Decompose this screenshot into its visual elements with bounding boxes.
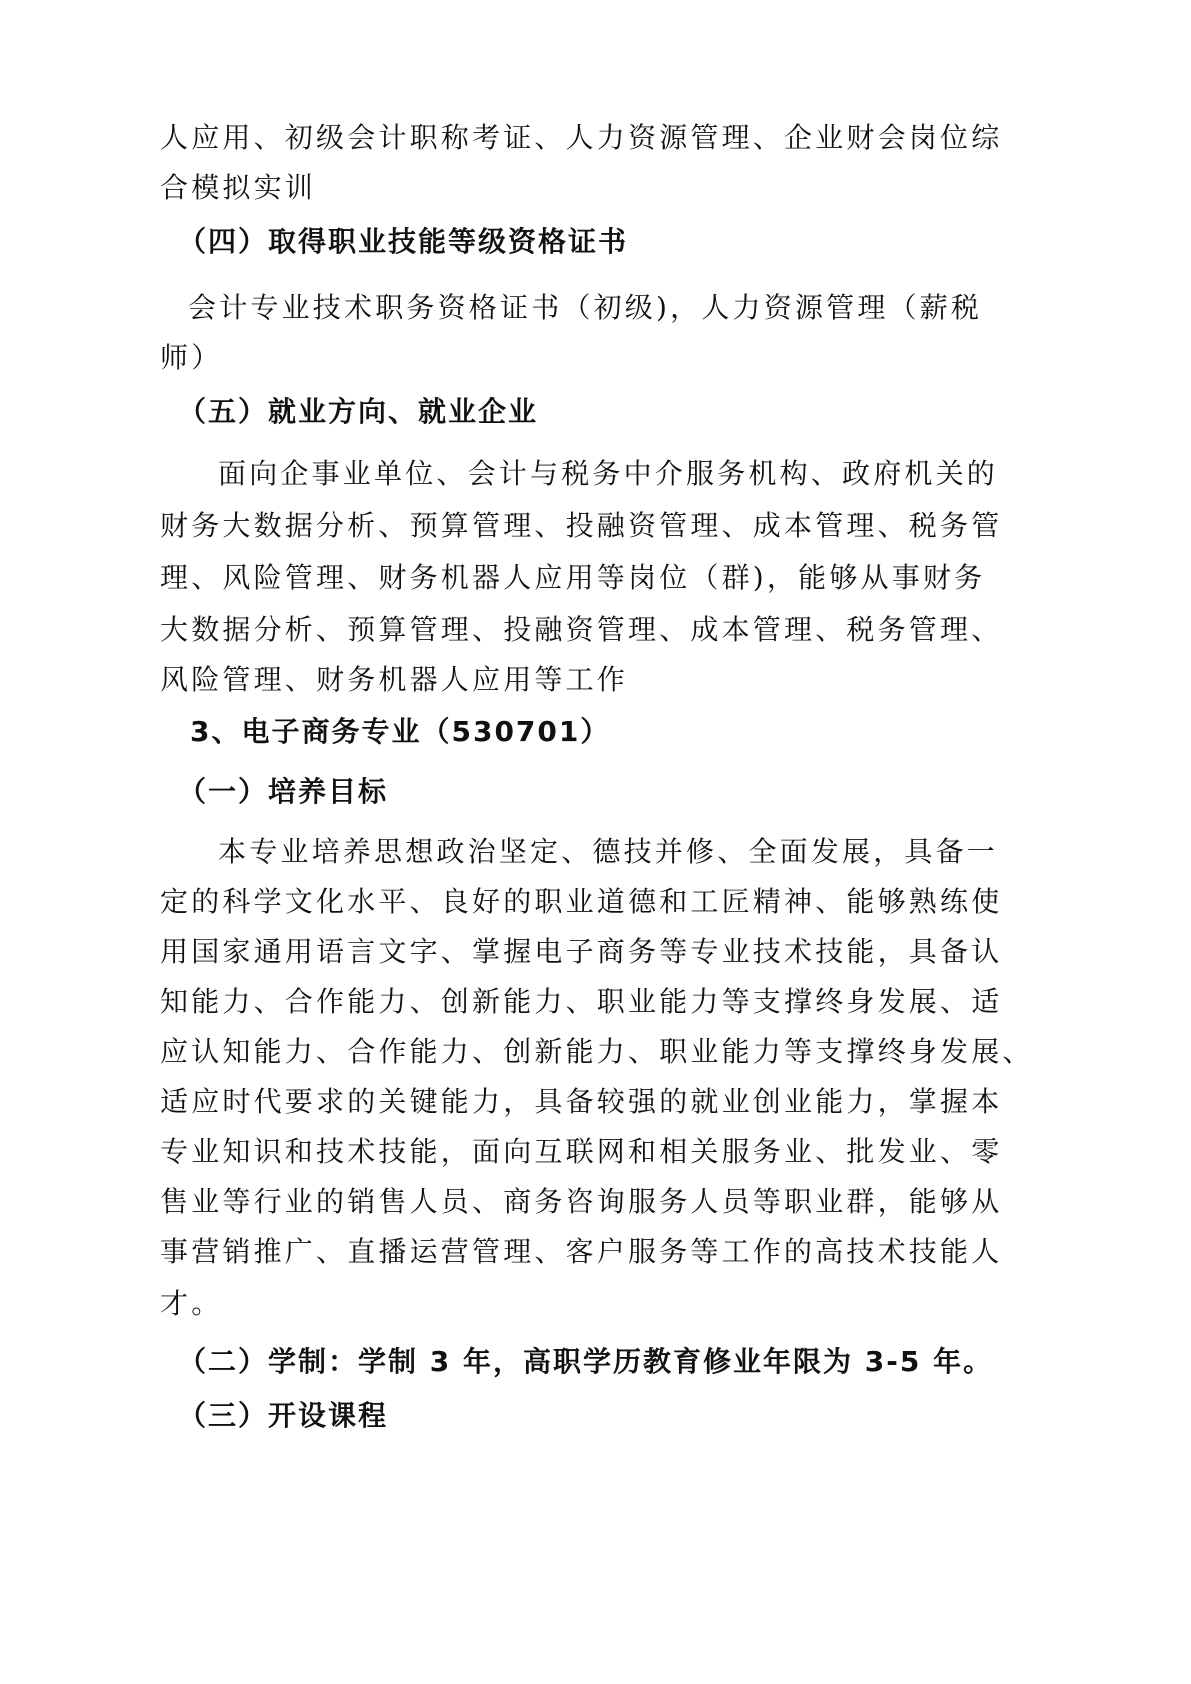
body-line: 本专业培养思想政治坚定、德技并修、全面发展，具备一 bbox=[218, 832, 1018, 872]
section-heading-goal: （一）培养目标 bbox=[178, 772, 978, 812]
body-line: 会计专业技术职务资格证书（初级)，人力资源管理（薪税 bbox=[188, 288, 988, 328]
document-page: 人应用、初级会计职称考证、人力资源管理、企业财会岗位综 合模拟实训 （四）取得职… bbox=[0, 0, 1191, 1684]
body-line: 财务大数据分析、预算管理、投融资管理、成本管理、税务管 bbox=[160, 506, 960, 546]
body-line: 理、风险管理、财务机器人应用等岗位（群)，能够从事财务 bbox=[160, 558, 960, 598]
body-line: 才。 bbox=[160, 1284, 960, 1324]
body-line: 面向企事业单位、会计与税务中介服务机构、政府机关的 bbox=[218, 454, 1018, 494]
section-heading-courses: （三）开设课程 bbox=[178, 1396, 978, 1436]
major-heading-ecommerce: 3、电子商务专业（530701） bbox=[190, 712, 990, 752]
section-heading-employment: （五）就业方向、就业企业 bbox=[178, 392, 978, 432]
body-line: 师） bbox=[160, 338, 960, 378]
body-line: 合模拟实训 bbox=[160, 168, 960, 208]
body-line: 人应用、初级会计职称考证、人力资源管理、企业财会岗位综 bbox=[160, 118, 960, 158]
body-line: 应认知能力、合作能力、创新能力、职业能力等支撑终身发展、 bbox=[160, 1032, 960, 1072]
body-line: 大数据分析、预算管理、投融资管理、成本管理、税务管理、 bbox=[160, 610, 960, 650]
body-line: 知能力、合作能力、创新能力、职业能力等支撑终身发展、适 bbox=[160, 982, 960, 1022]
section-heading-system: （二）学制：学制 3 年，高职学历教育修业年限为 3-5 年。 bbox=[178, 1342, 978, 1382]
body-line: 风险管理、财务机器人应用等工作 bbox=[160, 660, 960, 700]
body-line: 用国家通用语言文字、掌握电子商务等专业技术技能，具备认 bbox=[160, 932, 960, 972]
body-line: 售业等行业的销售人员、商务咨询服务人员等职业群，能够从 bbox=[160, 1182, 960, 1222]
body-line: 定的科学文化水平、良好的职业道德和工匠精神、能够熟练使 bbox=[160, 882, 960, 922]
body-line: 事营销推广、直播运营管理、客户服务等工作的高技术技能人 bbox=[160, 1232, 960, 1272]
body-line: 适应时代要求的关键能力，具备较强的就业创业能力，掌握本 bbox=[160, 1082, 960, 1122]
body-line: 专业知识和技术技能，面向互联网和相关服务业、批发业、零 bbox=[160, 1132, 960, 1172]
section-heading-certificates: （四）取得职业技能等级资格证书 bbox=[178, 222, 978, 262]
